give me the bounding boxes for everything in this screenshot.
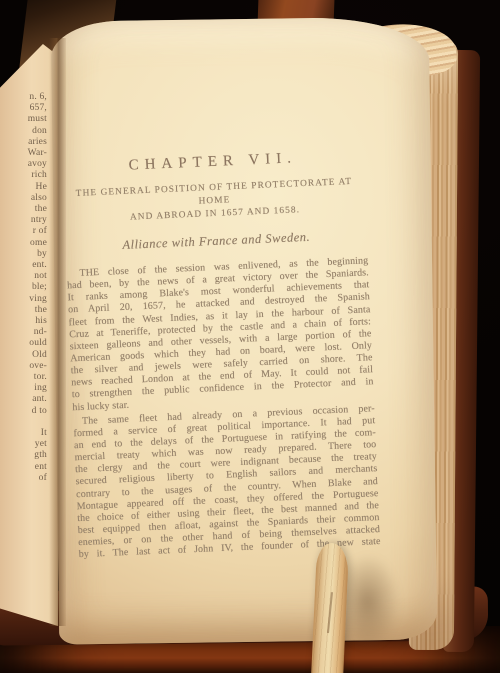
fragment-line: nd- (0, 327, 47, 338)
book-gutter-shadow (49, 38, 66, 626)
fragment-line: ntry (0, 215, 47, 226)
fragment-line: also (0, 193, 47, 204)
fragment-line: ent. (0, 260, 47, 271)
fragment-line: It (0, 428, 47, 439)
fragment-line: must (0, 114, 47, 125)
printed-text-block: CHAPTER VII. THE GENERAL POSITION OF THE… (62, 147, 381, 561)
chapter-heading: CHAPTER VII. (62, 147, 364, 177)
section-heading: Alliance with France and Sweden. (65, 227, 367, 255)
chapter-subtitle: THE GENERAL POSITION OF THE PROTECTORATE… (63, 175, 366, 227)
fragment-line: ould (0, 338, 47, 349)
fragment-line: Old (0, 350, 47, 361)
fragment-line: r of (0, 226, 47, 237)
fragment-line: by (0, 249, 47, 260)
fragment-line: rich (0, 170, 47, 181)
fragment-line: the (0, 305, 47, 316)
fragment-line: not (0, 271, 47, 282)
paragraph-1: THE close of the session was enlivened, … (66, 255, 374, 414)
peg-shadow (338, 548, 412, 668)
fragment-line: d to (0, 406, 47, 417)
fragment-line: aries (0, 137, 47, 148)
book-photograph: n. 6,657,mustdonariesWar-avoyrichHealsot… (0, 0, 500, 673)
fragment-line: the (0, 204, 47, 215)
fragment-line: War- (0, 148, 47, 159)
fragment-line: He (0, 182, 47, 193)
fragment-line: ant. (0, 394, 47, 405)
fragment-line: ing (0, 383, 47, 394)
fragment-line: n. 6, (0, 92, 47, 103)
easel-peg (311, 542, 349, 673)
fragment-line: ent (0, 462, 47, 473)
fragment-line: of (0, 473, 47, 484)
fragment-line: 657, (0, 103, 47, 114)
fragment-line: ove- (0, 361, 47, 372)
fragment-line: gth (0, 450, 47, 461)
fragment-line: his (0, 316, 47, 327)
fragment-line: ving (0, 294, 47, 305)
fragment-line (0, 417, 47, 428)
fragment-line: ome (0, 238, 47, 249)
paragraph-2: The same fleet had already on a previous… (73, 403, 381, 562)
fragment-line: tor. (0, 372, 47, 383)
fragment-line: yet (0, 439, 47, 450)
fragment-line: avoy (0, 159, 47, 170)
fragment-line: ble; (0, 282, 47, 293)
fragment-line: don (0, 126, 47, 137)
